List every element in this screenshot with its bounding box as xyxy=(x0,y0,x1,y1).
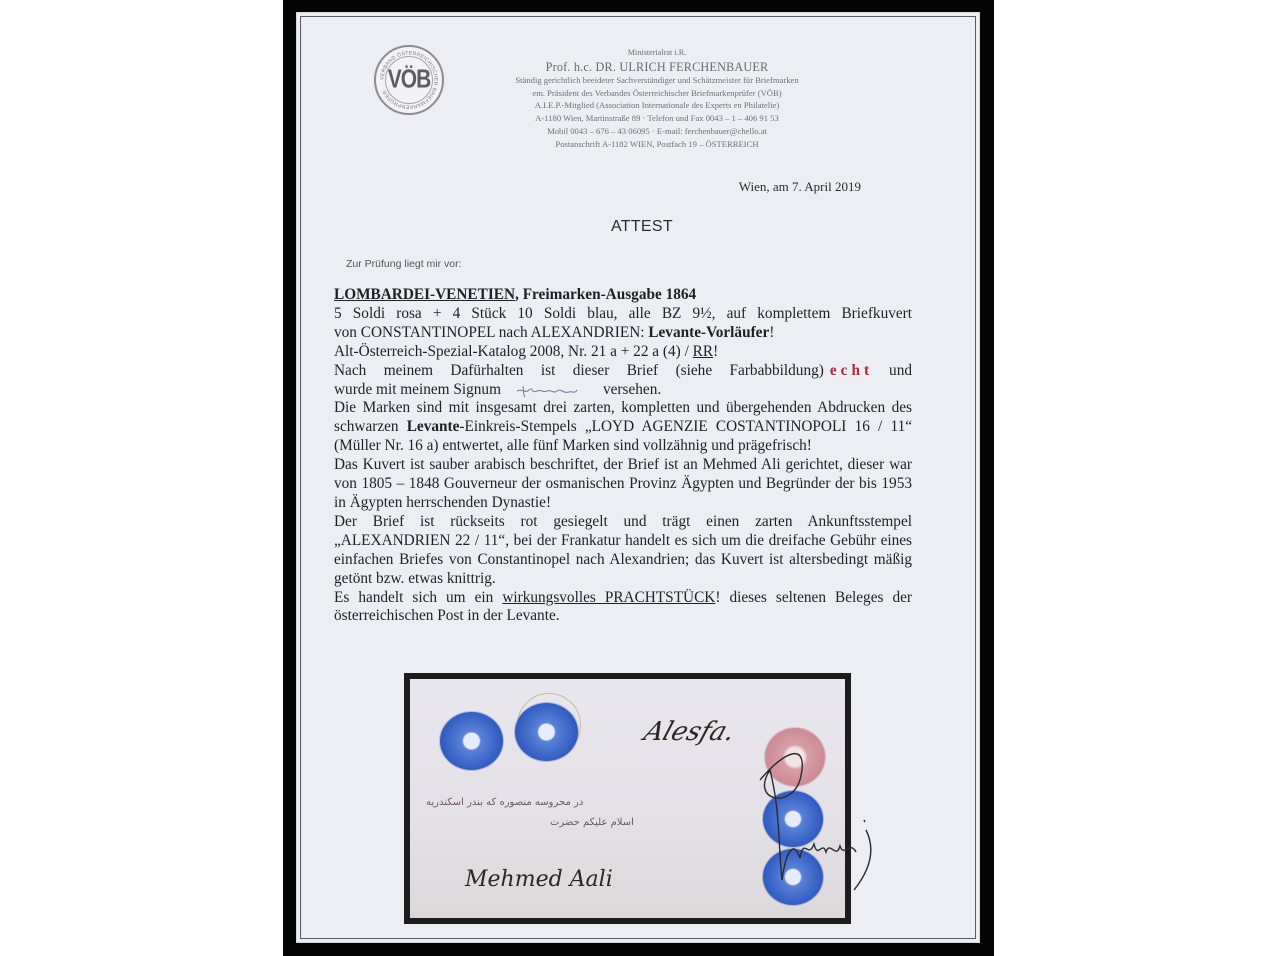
letterhead-line: A-1180 Wien, Martinstraße 89 · Telefon u… xyxy=(437,112,877,125)
route-text: von CONSTANTINOPEL nach ALEXANDRIEN: xyxy=(334,324,648,341)
signum-line: wurde mit meinem Signumversehen. xyxy=(334,381,912,400)
stamp-10-soldi-blue xyxy=(440,712,503,770)
cancellation-paragraph: Die Marken sind mit insgesamt drei zarte… xyxy=(334,399,912,456)
rarity-mark: RR xyxy=(693,343,713,360)
letterhead-name: Prof. h.c. DR. ULRICH FERCHENBAUER xyxy=(437,60,877,74)
authenticity-line: Nach meinem Dafürhalten ist dieser Brief… xyxy=(334,362,912,381)
voeb-seal-icon: VERBAND ÖSTERREICHISCHER BRIEFMARKENPRÜF… xyxy=(374,45,444,115)
letterhead-line: A.I.E.P.-Mitglied (Association Internati… xyxy=(437,99,877,112)
authenticity-text: Nach meinem Dafürhalten ist dieser Brief… xyxy=(334,362,824,379)
stamp-10-soldi-blue xyxy=(515,703,578,761)
condition-paragraph: Der Brief ist rückseits rot gesiegelt un… xyxy=(334,513,912,589)
item-country: LOMBARDEI-VENETIEN xyxy=(334,286,515,303)
addressee-paragraph: Das Kuvert ist sauber arabisch beschrift… xyxy=(334,456,912,513)
signum-tail: versehen. xyxy=(603,381,661,398)
arabic-address-line: ﺩﺭ ﻣﺤﺮﻭﺳﻪ ﻣﻨﺼﻮﺭﻩ ﻛﻪ ﺑﻨﺪﺭ ﺍﺳﻜﻨﺪﺭﻳﻪ xyxy=(426,797,583,808)
arabic-address-line: ﺍﺳﻼﻡ ﻋﻠﻴﻜﻢ ﺣﻀﺮﺕ xyxy=(550,817,634,828)
letterhead: Ministerialrat i.R. Prof. h.c. DR. ULRIC… xyxy=(437,47,877,151)
item-route: von CONSTANTINOPEL nach ALEXANDRIEN: Lev… xyxy=(334,324,912,343)
authenticity-tail: und xyxy=(889,362,912,379)
certificate-body: LOMBARDEI-VENETIEN, Freimarken-Ausgabe 1… xyxy=(334,286,912,626)
item-issue: , Freimarken-Ausgabe 1864 xyxy=(515,286,696,303)
punct: ! xyxy=(713,343,718,360)
catalog-reference: Alt-Österreich-Spezial-Katalog 2008, Nr.… xyxy=(334,343,912,362)
conclusion-highlight: wirkungsvolles PRACHTSTÜCK xyxy=(502,589,715,606)
logo-mark: VÖB xyxy=(376,65,442,95)
signum-text: wurde mit meinem Signum xyxy=(334,381,501,398)
signum-signature-icon xyxy=(515,382,579,398)
handwriting-addressee: Mehmed Aali xyxy=(465,867,613,892)
letterhead-line: Mobil 0043 – 676 – 43 06095 · E-mail: fe… xyxy=(437,125,877,138)
letterhead-line: Ständig gerichtlich beeideter Sachverstä… xyxy=(437,74,877,87)
conclusion-text: Es handelt sich um ein xyxy=(334,589,502,606)
cancel-bold: Levante xyxy=(407,418,460,435)
intro-text: Zur Prüfung liegt mir vor: xyxy=(346,258,462,270)
letterhead-line: Postanschrift A-1182 WIEN, Postfach 19 –… xyxy=(437,138,877,151)
expert-signature-icon xyxy=(690,740,960,910)
item-heading: LOMBARDEI-VENETIEN, Freimarken-Ausgabe 1… xyxy=(334,286,912,305)
route-label: Levante-Vorläufer xyxy=(648,324,769,341)
certificate-title: ATTEST xyxy=(611,218,673,236)
punct: ! xyxy=(769,324,774,341)
conclusion-paragraph: Es handelt sich um ein wirkungsvolles PR… xyxy=(334,589,912,627)
letterhead-rank: Ministerialrat i.R. xyxy=(437,47,877,60)
certificate-date: Wien, am 7. April 2019 xyxy=(739,179,861,195)
letterhead-line: em. Präsident des Verbandes Österreichis… xyxy=(437,87,877,100)
authenticity-verdict: echt xyxy=(830,362,873,379)
item-description-line: 5 Soldi rosa + 4 Stück 10 Soldi blau, al… xyxy=(334,305,912,324)
catalog-text: Alt-Österreich-Spezial-Katalog 2008, Nr.… xyxy=(334,343,693,360)
